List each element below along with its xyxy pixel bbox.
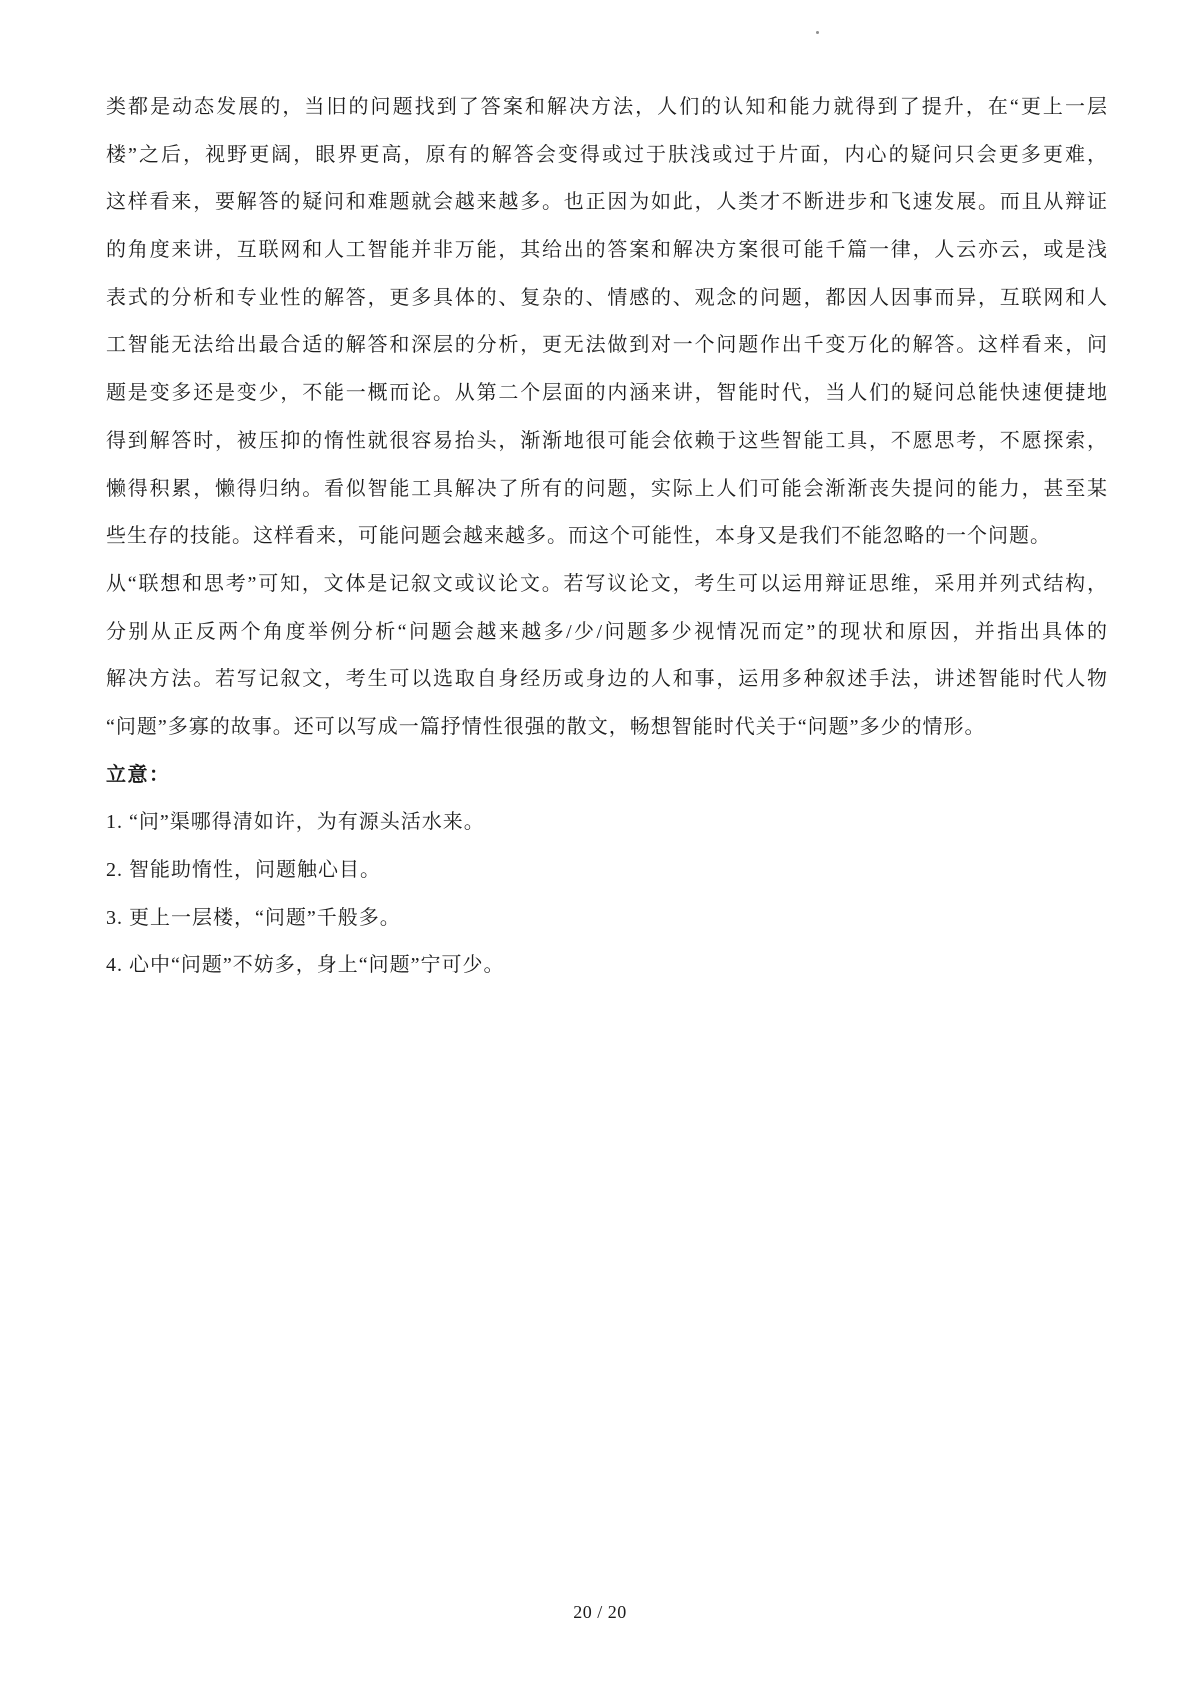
text-line: 解决方法。若写记叙文，考生可以选取自身经历或身边的人和事，运用多种叙述手法，讲述…: [106, 656, 1108, 704]
document-page: 类都是动态发展的，当旧的问题找到了答案和解决方法，人们的认知和能力就得到了提升，…: [0, 0, 1200, 1697]
text-line: “问题”多寡的故事。还可以写成一篇抒情性很强的散文，畅想智能时代关于“问题”多少…: [106, 704, 1108, 752]
text-line: 的角度来讲，互联网和人工智能并非万能，其给出的答案和解决方案很可能千篇一律，人云…: [106, 227, 1108, 275]
text-line: 这样看来，要解答的疑问和难题就会越来越多。也正因为如此，人类才不断进步和飞速发展…: [106, 179, 1108, 227]
text-line: 工智能无法给出最合适的解答和深层的分析，更无法做到对一个问题作出千变万化的解答。…: [106, 322, 1108, 370]
text-line: 3. 更上一层楼，“问题”千般多。: [106, 895, 1108, 943]
text-line: 4. 心中“问题”不妨多，身上“问题”宁可少。: [106, 942, 1108, 990]
text-line: 表式的分析和专业性的解答，更多具体的、复杂的、情感的、观念的问题，都因人因事而异…: [106, 275, 1108, 323]
document-body: 类都是动态发展的，当旧的问题找到了答案和解决方法，人们的认知和能力就得到了提升，…: [106, 84, 1108, 990]
ink-speck: [816, 31, 819, 34]
text-line: 从“联想和思考”可知，文体是记叙文或议论文。若写议论文，考生可以运用辩证思维，采…: [106, 561, 1108, 609]
text-line: 1. “问”渠哪得清如许，为有源头活水来。: [106, 799, 1108, 847]
text-line: 分别从正反两个角度举例分析“问题会越来越多/少/问题多少视情况而定”的现状和原因…: [106, 609, 1108, 657]
text-line: 类都是动态发展的，当旧的问题找到了答案和解决方法，人们的认知和能力就得到了提升，…: [106, 84, 1108, 132]
text-line: 2. 智能助惰性，问题触心目。: [106, 847, 1108, 895]
section-heading: 立意：: [106, 752, 1108, 800]
text-line: 懒得积累，懒得归纳。看似智能工具解决了所有的问题，实际上人们可能会渐渐丧失提问的…: [106, 466, 1108, 514]
page-footer: 20 / 20: [0, 1598, 1200, 1626]
page-number: 20 / 20: [573, 1602, 627, 1622]
text-line: 楼”之后，视野更阔，眼界更高，原有的解答会变得或过于肤浅或过于片面，内心的疑问只…: [106, 132, 1108, 180]
text-line: 题是变多还是变少，不能一概而论。从第二个层面的内涵来讲，智能时代，当人们的疑问总…: [106, 370, 1108, 418]
text-line: 些生存的技能。这样看来，可能问题会越来越多。而这个可能性，本身又是我们不能忽略的…: [106, 513, 1108, 561]
text-line: 得到解答时，被压抑的惰性就很容易抬头，渐渐地很可能会依赖于这些智能工具，不愿思考…: [106, 418, 1108, 466]
